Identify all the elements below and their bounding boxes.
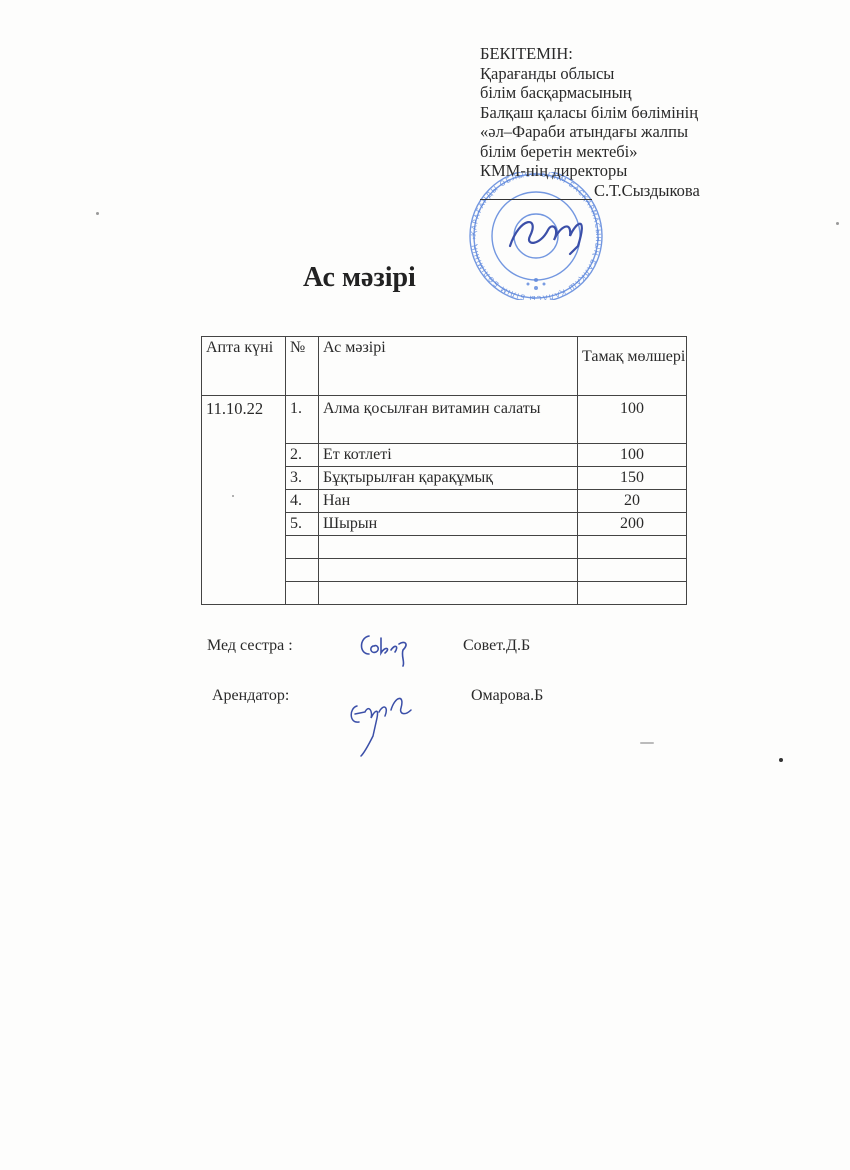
director-name: С.Т.Сыздыкова bbox=[594, 181, 700, 200]
row-number bbox=[286, 559, 319, 582]
approval-heading: БЕКІТЕМІН: bbox=[480, 44, 700, 64]
dish-name: Алма қосылған витамин салаты bbox=[319, 396, 578, 444]
tenant-signature bbox=[343, 690, 418, 760]
scan-speck bbox=[836, 222, 839, 225]
header-day: Апта күні bbox=[202, 337, 286, 396]
portion-size bbox=[578, 559, 687, 582]
tenant-label: Арендатор: bbox=[212, 687, 289, 705]
date-cell: 11.10.22 bbox=[202, 396, 286, 605]
row-number bbox=[286, 536, 319, 559]
dish-name: Бұқтырылған қарақұмық bbox=[319, 467, 578, 490]
approval-line: білім беретін мектебі» bbox=[480, 142, 700, 162]
portion-size: 100 bbox=[578, 396, 687, 444]
portion-size: 200 bbox=[578, 513, 687, 536]
director-signature bbox=[500, 206, 590, 256]
nurse-label: Мед сестра : bbox=[207, 637, 293, 655]
header-number: № bbox=[286, 337, 319, 396]
nurse-name: Совет.Д.Б bbox=[463, 637, 530, 655]
row-number: 4. bbox=[286, 490, 319, 513]
portion-size bbox=[578, 582, 687, 605]
tenant-name: Омарова.Б bbox=[471, 687, 543, 705]
table-header-row: Апта күні № Ас мәзірі Тамақ мөлшері bbox=[202, 337, 687, 396]
approval-line: Қарағанды облысы bbox=[480, 64, 700, 84]
nurse-signature bbox=[355, 628, 415, 668]
director-signature-line: С.Т.Сыздыкова bbox=[480, 181, 700, 201]
row-number: 2. bbox=[286, 444, 319, 467]
row-number: 3. bbox=[286, 467, 319, 490]
row-number bbox=[286, 582, 319, 605]
header-menu: Ас мәзірі bbox=[319, 337, 578, 396]
approval-line: білім басқармасының bbox=[480, 83, 700, 103]
dish-name bbox=[319, 582, 578, 605]
row-number: 1. bbox=[286, 396, 319, 444]
dish-name bbox=[319, 559, 578, 582]
portion-size bbox=[578, 536, 687, 559]
dish-name bbox=[319, 536, 578, 559]
dish-name: Шырын bbox=[319, 513, 578, 536]
scan-speck bbox=[640, 742, 654, 744]
approval-line: «әл–Фараби атындағы жалпы bbox=[480, 122, 700, 142]
portion-size: 20 bbox=[578, 490, 687, 513]
approval-line: КММ-нің директоры bbox=[480, 161, 700, 181]
row-number: 5. bbox=[286, 513, 319, 536]
scan-speck bbox=[779, 758, 783, 762]
header-portion: Тамақ мөлшері bbox=[578, 337, 687, 396]
dish-name: Нан bbox=[319, 490, 578, 513]
scan-speck bbox=[96, 212, 99, 215]
approval-block: БЕКІТЕМІН: Қарағанды облысы білім басқар… bbox=[480, 44, 700, 200]
portion-size: 100 bbox=[578, 444, 687, 467]
portion-size: 150 bbox=[578, 467, 687, 490]
menu-table: Апта күні № Ас мәзірі Тамақ мөлшері 11.1… bbox=[201, 336, 687, 605]
page-title: Ас мәзірі bbox=[303, 262, 416, 294]
dish-name: Ет котлеті bbox=[319, 444, 578, 467]
table-row: 11.10.22 1. Алма қосылған витамин салаты… bbox=[202, 396, 687, 444]
scan-speck bbox=[232, 495, 234, 497]
approval-line: Балқаш қаласы білім бөлімінің bbox=[480, 103, 700, 123]
signature-rule bbox=[480, 187, 592, 200]
